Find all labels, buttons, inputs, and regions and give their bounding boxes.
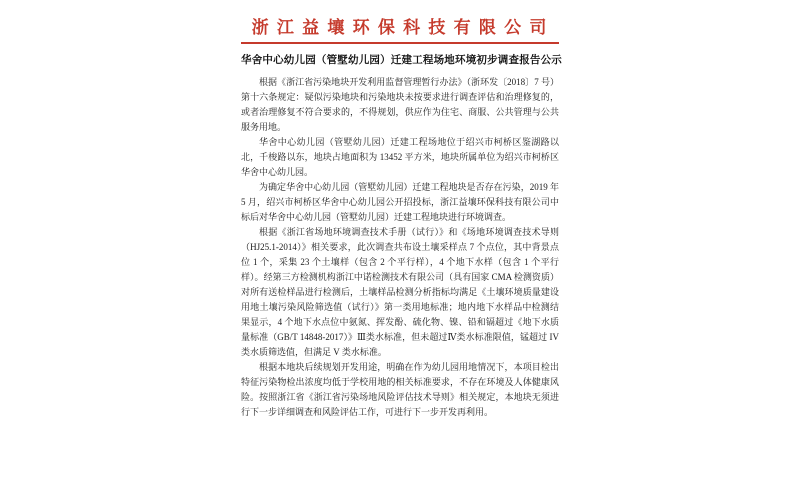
paragraph-project-background: 为确定华舍中心幼儿园（管墅幼儿园）迁建工程地块是否存在污染，2019 年 5 月… xyxy=(241,180,559,225)
paragraph-regulation-basis: 根据《浙江省污染地块开发利用监督管理暂行办法》（浙环发〔2018〕7 号）第十六… xyxy=(241,75,559,135)
paragraph-site-location: 华舍中心幼儿园（管墅幼儿园）迁建工程场地位于绍兴市柯桥区鉴湖路以北，千梭路以东，… xyxy=(241,135,559,180)
paragraph-investigation-results: 根据《浙江省场地环境调查技术手册（试行）》和《场地环境调查技术导则（HJ25.1… xyxy=(241,225,559,360)
paragraph-conclusion: 根据本地块后续规划开发用途，明确在作为幼儿园用地情况下，本项目检出特征污染物检出… xyxy=(241,360,559,420)
document-page: 浙 江 益 壤 环 保 科 技 有 限 公 司 华舍中心幼儿园（管墅幼儿园）迁建… xyxy=(0,0,800,500)
document-content-column: 浙 江 益 壤 环 保 科 技 有 限 公 司 华舍中心幼儿园（管墅幼儿园）迁建… xyxy=(241,0,559,420)
report-subtitle: 华舍中心幼儿园（管墅幼儿园）迁建工程场地环境初步调查报告公示 xyxy=(241,52,559,67)
report-body: 根据《浙江省污染地块开发利用监督管理暂行办法》（浙环发〔2018〕7 号）第十六… xyxy=(241,75,559,420)
company-title: 浙 江 益 壤 环 保 科 技 有 限 公 司 xyxy=(241,13,559,38)
title-divider-rule xyxy=(241,42,559,44)
